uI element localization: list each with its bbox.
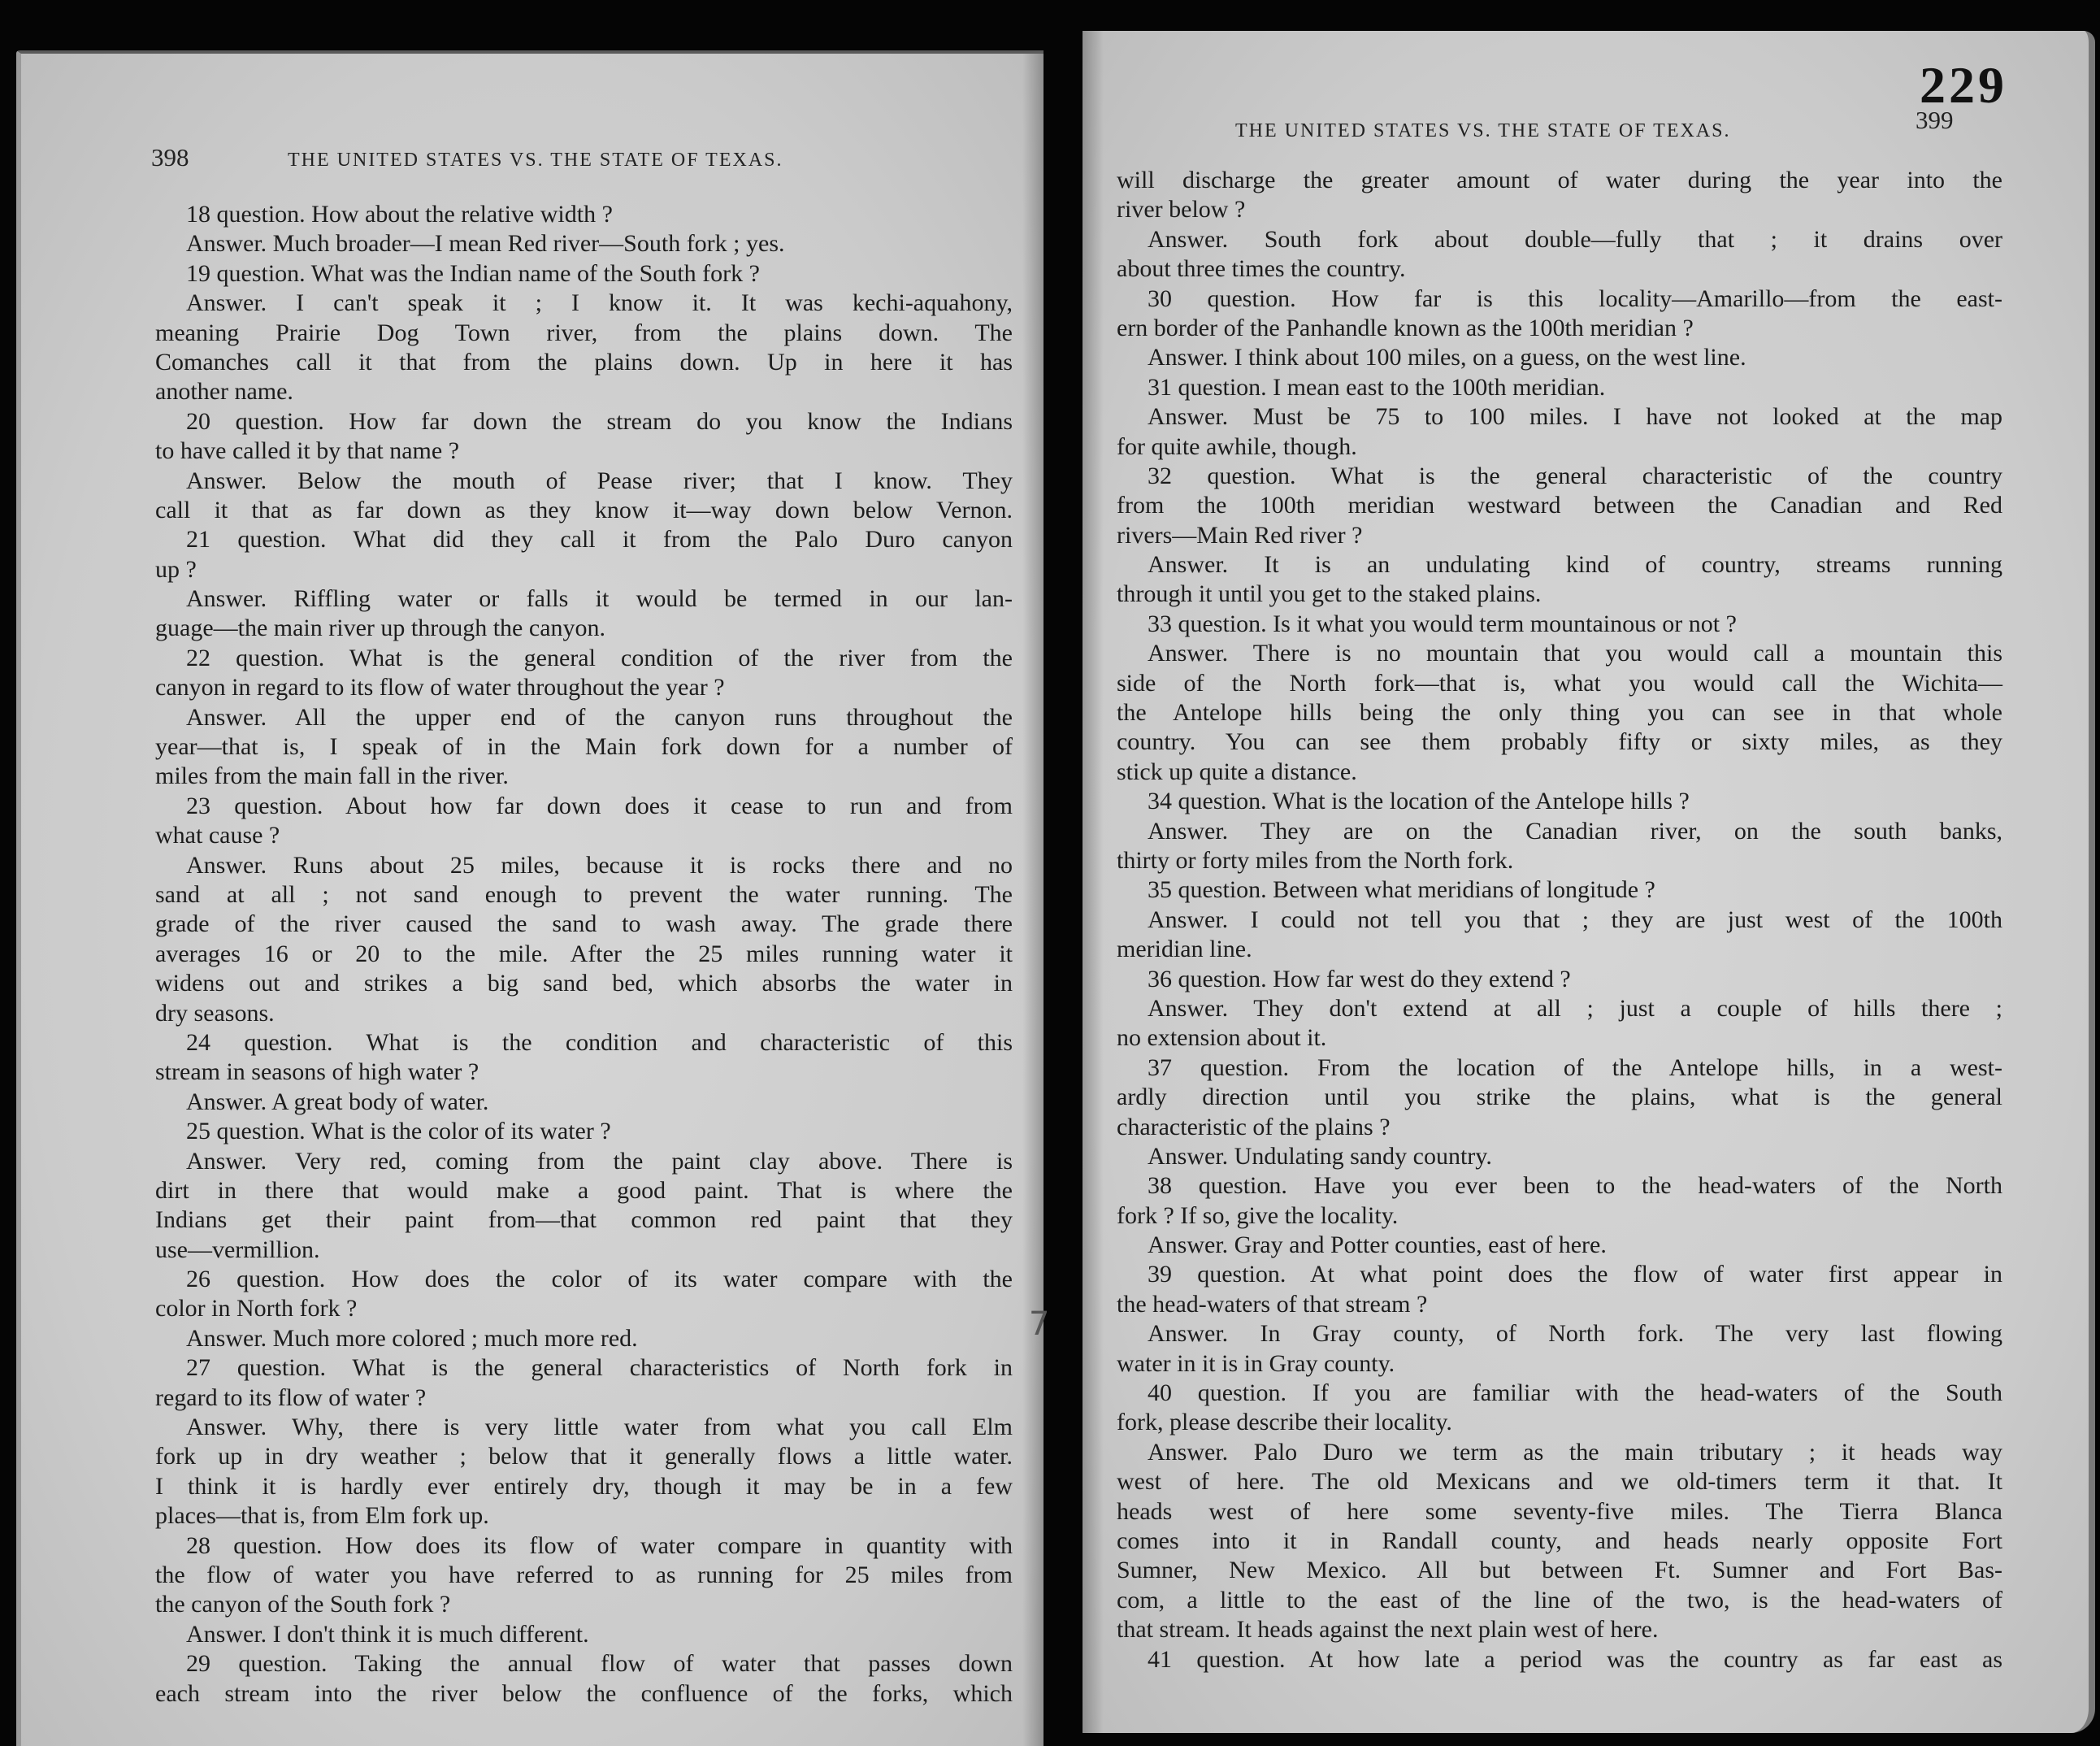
page-body: 18 question. How about the relative widt… <box>155 200 1013 1709</box>
text-line: another name. <box>155 377 1013 406</box>
text-line: through it until you get to the staked p… <box>1117 580 2002 609</box>
text-line: from the 100th meridian westward between… <box>1117 491 2002 520</box>
text-line: will discharge the greater amount of wat… <box>1117 166 2002 195</box>
running-head: THE UNITED STATES VS. THE STATE OF TEXAS… <box>1235 120 1731 142</box>
text-line: 36 question. How far west do they extend… <box>1117 965 2002 994</box>
text-line: river below ? <box>1117 195 2002 224</box>
text-line: Answer. I could not tell you that ; they… <box>1117 906 2002 935</box>
text-line: ardly direction until you strike the pla… <box>1117 1083 2002 1112</box>
running-head: THE UNITED STATES VS. THE STATE OF TEXAS… <box>288 150 783 172</box>
text-line: stream in seasons of high water ? <box>155 1058 1013 1087</box>
text-line: Answer. Runs about 25 miles, because it … <box>155 851 1013 880</box>
left-page: 398 THE UNITED STATES VS. THE STATE OF T… <box>16 50 1043 1746</box>
text-line: meaning Prairie Dog Town river, from the… <box>155 319 1013 348</box>
text-line: ern border of the Panhandle known as the… <box>1117 314 2002 343</box>
text-line: 20 question. How far down the stream do … <box>155 407 1013 436</box>
text-line: 31 question. I mean east to the 100th me… <box>1117 373 2002 402</box>
text-line: country. You can see them probably fifty… <box>1117 727 2002 757</box>
text-line: Answer. Undulating sandy country. <box>1117 1142 2002 1171</box>
text-line: 26 question. How does the color of its w… <box>155 1265 1013 1294</box>
text-line: the flow of water you have referred to a… <box>155 1561 1013 1590</box>
text-line: Answer. It is an undulating kind of coun… <box>1117 550 2002 580</box>
text-line: for quite awhile, though. <box>1117 432 2002 462</box>
text-line: miles from the main fall in the river. <box>155 762 1013 791</box>
text-line: dirt in there that would make a good pai… <box>155 1176 1013 1205</box>
text-line: 23 question. About how far down does it … <box>155 792 1013 821</box>
text-line: Answer. Riffling water or falls it would… <box>155 584 1013 614</box>
right-page: 229 THE UNITED STATES VS. THE STATE OF T… <box>1083 31 2095 1733</box>
text-line: 41 question. At how late a period was th… <box>1117 1645 2002 1674</box>
text-line: 39 question. At what point does the flow… <box>1117 1260 2002 1289</box>
handwritten-mark: 7 <box>1029 1305 1049 1343</box>
text-line: fork ? If so, give the locality. <box>1117 1201 2002 1231</box>
gutter-shadow <box>1083 31 1104 1733</box>
text-line: Answer. There is no mountain that you wo… <box>1117 639 2002 668</box>
text-line: 34 question. What is the location of the… <box>1117 787 2002 816</box>
text-line: com, a little to the east of the line of… <box>1117 1586 2002 1615</box>
page-body: will discharge the greater amount of wat… <box>1117 166 2002 1674</box>
text-line: use—vermillion. <box>155 1236 1013 1265</box>
text-line: Answer. South fork about double—fully th… <box>1117 225 2002 254</box>
text-line: 38 question. Have you ever been to the h… <box>1117 1171 2002 1201</box>
text-line: 33 question. Is it what you would term m… <box>1117 610 2002 639</box>
text-line: Answer. Very red, coming from the paint … <box>155 1147 1013 1176</box>
text-line: Answer. Palo Duro we term as the main tr… <box>1117 1438 2002 1467</box>
page-number: 398 <box>151 143 189 172</box>
text-line: Answer. Why, there is very little water … <box>155 1413 1013 1442</box>
text-line: Answer. I can't speak it ; I know it. It… <box>155 289 1013 318</box>
text-line: 35 question. Between what meridians of l… <box>1117 875 2002 905</box>
text-line: dry seasons. <box>155 999 1013 1028</box>
text-line: Answer. They are on the Canadian river, … <box>1117 817 2002 846</box>
text-line: 22 question. What is the general conditi… <box>155 644 1013 673</box>
text-line: sand at all ; not sand enough to prevent… <box>155 880 1013 910</box>
text-line: 18 question. How about the relative widt… <box>155 200 1013 229</box>
text-line: thirty or forty miles from the North for… <box>1117 846 2002 875</box>
text-line: widens out and strikes a big sand bed, w… <box>155 969 1013 998</box>
page-number: 399 <box>1916 106 1954 135</box>
text-line: averages 16 or 20 to the mile. After the… <box>155 940 1013 969</box>
text-line: Sumner, New Mexico. All but between Ft. … <box>1117 1556 2002 1585</box>
text-line: Answer. Below the mouth of Pease river; … <box>155 467 1013 496</box>
text-line: 28 question. How does its flow of water … <box>155 1531 1013 1561</box>
text-line: meridian line. <box>1117 935 2002 964</box>
text-line: I think it is hardly ever entirely dry, … <box>155 1472 1013 1501</box>
text-line: each stream into the river below the con… <box>155 1679 1013 1709</box>
text-line: Answer. They don't extend at all ; just … <box>1117 994 2002 1023</box>
text-line: guage—the main river up through the cany… <box>155 614 1013 643</box>
text-line: water in it is in Gray county. <box>1117 1349 2002 1379</box>
text-line: Answer. Must be 75 to 100 miles. I have … <box>1117 402 2002 432</box>
text-line: Answer. I think about 100 miles, on a gu… <box>1117 343 2002 372</box>
text-line: Answer. Much broader—I mean Red river—So… <box>155 229 1013 258</box>
text-line: comes into it in Randall county, and hea… <box>1117 1527 2002 1556</box>
text-line: 30 question. How far is this locality—Am… <box>1117 284 2002 314</box>
text-line: Indians get their paint from—that common… <box>155 1205 1013 1235</box>
text-line: 21 question. What did they call it from … <box>155 525 1013 554</box>
text-line: fork, please describe their locality. <box>1117 1408 2002 1437</box>
text-line: places—that is, from Elm fork up. <box>155 1501 1013 1531</box>
text-line: Answer. Much more colored ; much more re… <box>155 1324 1013 1353</box>
text-line: about three times the country. <box>1117 254 2002 284</box>
text-line: characteristic of the plains ? <box>1117 1113 2002 1142</box>
text-line: Answer. A great body of water. <box>155 1088 1013 1117</box>
text-line: canyon in regard to its flow of water th… <box>155 673 1013 702</box>
text-line: up ? <box>155 555 1013 584</box>
text-line: rivers—Main Red river ? <box>1117 521 2002 550</box>
text-line: 24 question. What is the condition and c… <box>155 1028 1013 1058</box>
text-line: the head-waters of that stream ? <box>1117 1290 2002 1319</box>
text-line: Comanches call it that from the plains d… <box>155 348 1013 377</box>
text-line: Answer. I don't think it is much differe… <box>155 1620 1013 1649</box>
text-line: what cause ? <box>155 821 1013 850</box>
text-line: 19 question. What was the Indian name of… <box>155 259 1013 289</box>
text-line: color in North fork ? <box>155 1294 1013 1323</box>
text-line: year—that is, I speak of in the Main for… <box>155 732 1013 762</box>
text-line: 27 question. What is the general charact… <box>155 1353 1013 1383</box>
text-line: the Antelope hills being the only thing … <box>1117 698 2002 727</box>
text-line: west of here. The old Mexicans and we ol… <box>1117 1467 2002 1496</box>
text-line: to have called it by that name ? <box>155 436 1013 466</box>
text-line: 40 question. If you are familiar with th… <box>1117 1379 2002 1408</box>
text-line: the canyon of the South fork ? <box>155 1590 1013 1619</box>
text-line: stick up quite a distance. <box>1117 758 2002 787</box>
text-line: 29 question. Taking the annual flow of w… <box>155 1649 1013 1679</box>
text-line: that stream. It heads against the next p… <box>1117 1615 2002 1644</box>
text-line: Answer. In Gray county, of North fork. T… <box>1117 1319 2002 1349</box>
text-line: Answer. All the upper end of the canyon … <box>155 703 1013 732</box>
text-line: 25 question. What is the color of its wa… <box>155 1117 1013 1146</box>
text-line: Answer. Gray and Potter counties, east o… <box>1117 1231 2002 1260</box>
text-line: no extension about it. <box>1117 1023 2002 1053</box>
text-line: 37 question. From the location of the An… <box>1117 1053 2002 1083</box>
text-line: heads west of here some seventy-five mil… <box>1117 1497 2002 1527</box>
text-line: 32 question. What is the general charact… <box>1117 462 2002 491</box>
text-line: side of the North fork—that is, what you… <box>1117 669 2002 698</box>
text-line: grade of the river caused the sand to wa… <box>155 910 1013 939</box>
text-line: fork up in dry weather ; below that it g… <box>155 1442 1013 1471</box>
text-line: regard to its flow of water ? <box>155 1383 1013 1413</box>
gutter-shadow <box>1022 54 1043 1746</box>
text-line: call it that as far down as they know it… <box>155 496 1013 525</box>
